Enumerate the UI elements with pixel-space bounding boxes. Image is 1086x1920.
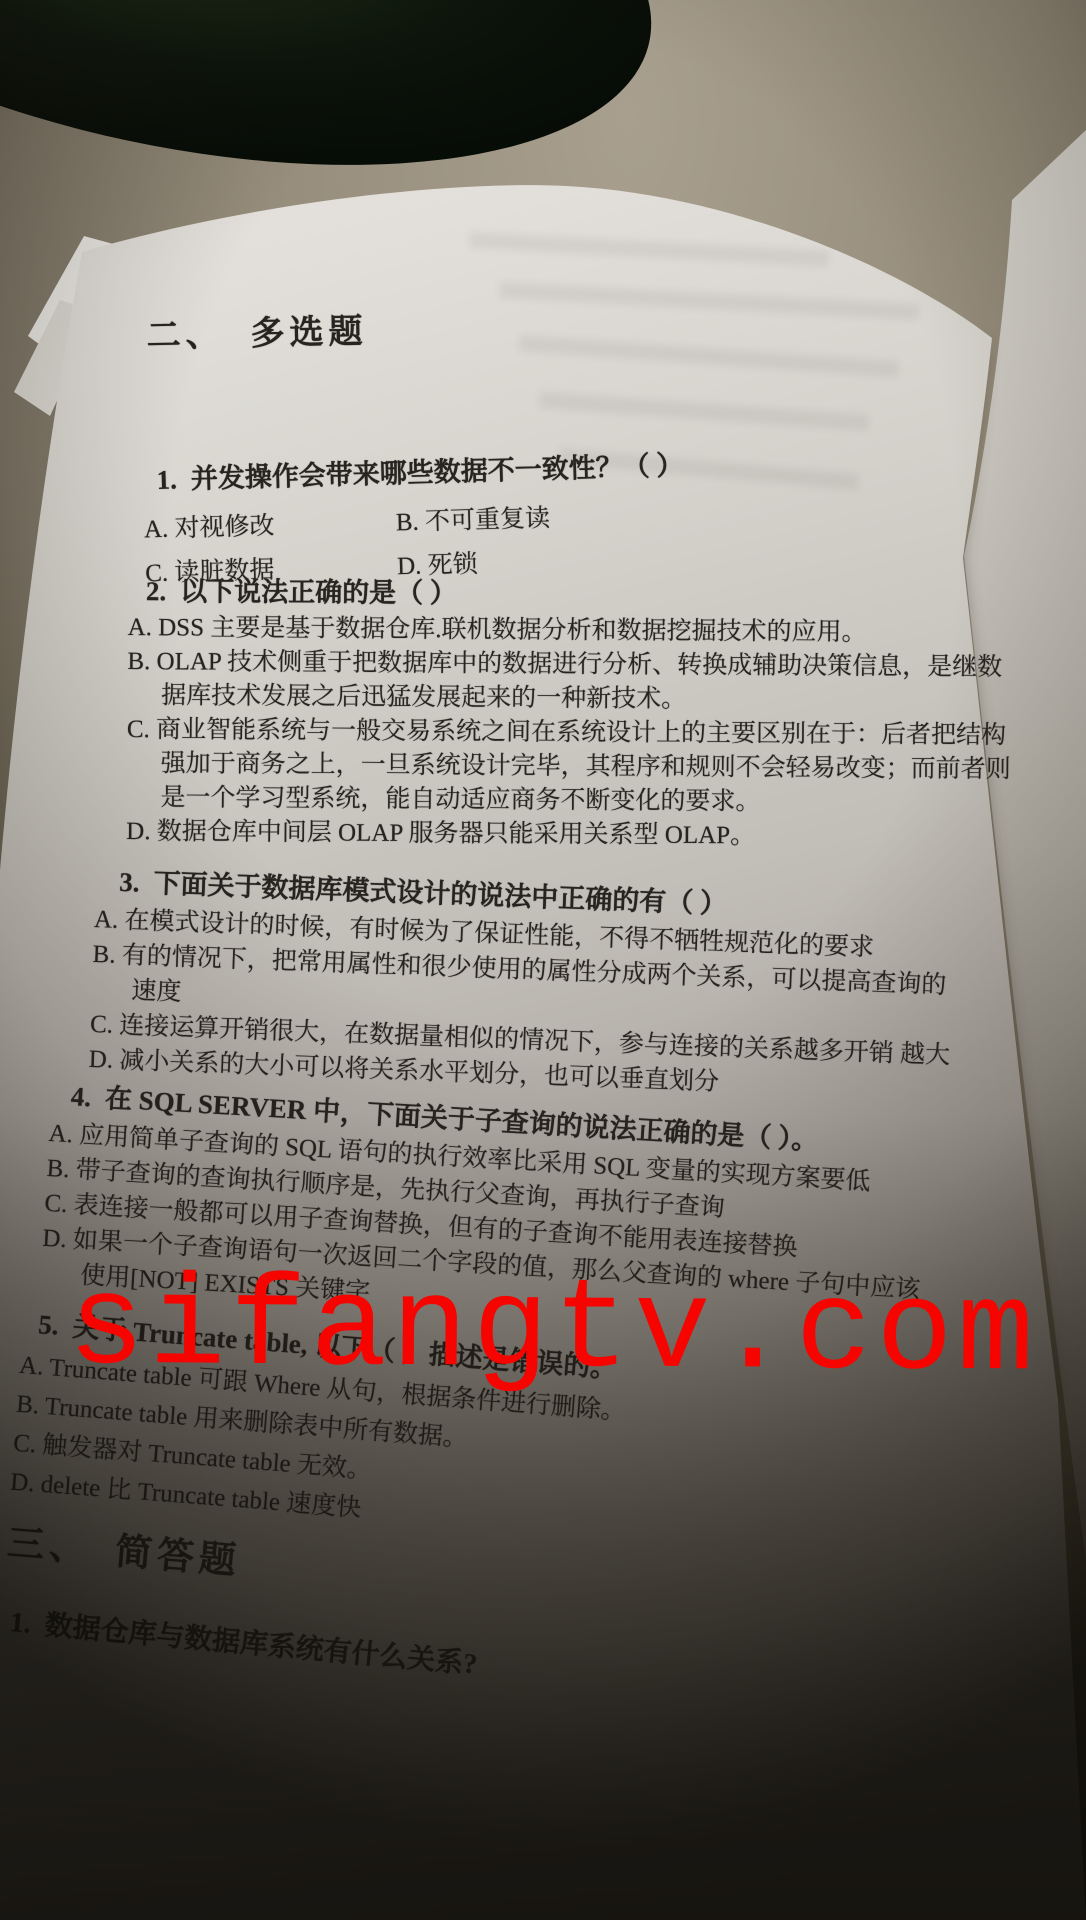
question-2-stem: 2.以下说法正确的是（ ）: [128, 574, 1012, 614]
section-2-label: 二、: [146, 316, 225, 355]
question-3-number: 3.: [119, 867, 140, 898]
question-2-number: 2.: [146, 576, 166, 606]
option-line: B. 不可重复读: [395, 494, 685, 538]
question-1-number: 1.: [156, 464, 177, 495]
section-3-label: 三、: [6, 1523, 93, 1571]
photo-of-exam-paper: 二、多选题 1.并发操作会带来哪些数据不一致性？（ ） A. 对视修改 B. 不…: [0, 0, 1086, 1920]
question-2-text: 以下说法正确的是（ ）: [180, 576, 457, 608]
question-4-number: 4.: [70, 1081, 92, 1112]
section-2-title: 多选题: [250, 313, 368, 352]
question-3: 3.下面关于数据库模式设计的说法中正确的有（ ） A. 在模式设计的时候，有时候…: [88, 864, 956, 1108]
question-1: 1.并发操作会带来哪些数据不一致性？（ ） A. 对视修改 B. 不可重复读 C…: [156, 443, 686, 589]
question-2: 2.以下说法正确的是（ ） A. DSS 主要是基于数据仓库.联机数据分析和数据…: [126, 574, 1012, 855]
section-3-question-1-number: 1.: [9, 1607, 33, 1640]
watermark-text: sifangtv.com: [68, 1265, 1039, 1400]
option-line: A. 对视修改: [143, 502, 396, 545]
option-line: D. 数据仓库中间层 OLAP 服务器只能采用关系型 OLAP。: [126, 815, 1010, 855]
question-5-number: 5.: [37, 1309, 59, 1340]
section-3-title: 简答题: [113, 1532, 242, 1583]
section-2-heading: 二、多选题: [146, 303, 368, 357]
question-1-text: 并发操作会带来哪些数据不一致性？（ ）: [190, 450, 683, 494]
